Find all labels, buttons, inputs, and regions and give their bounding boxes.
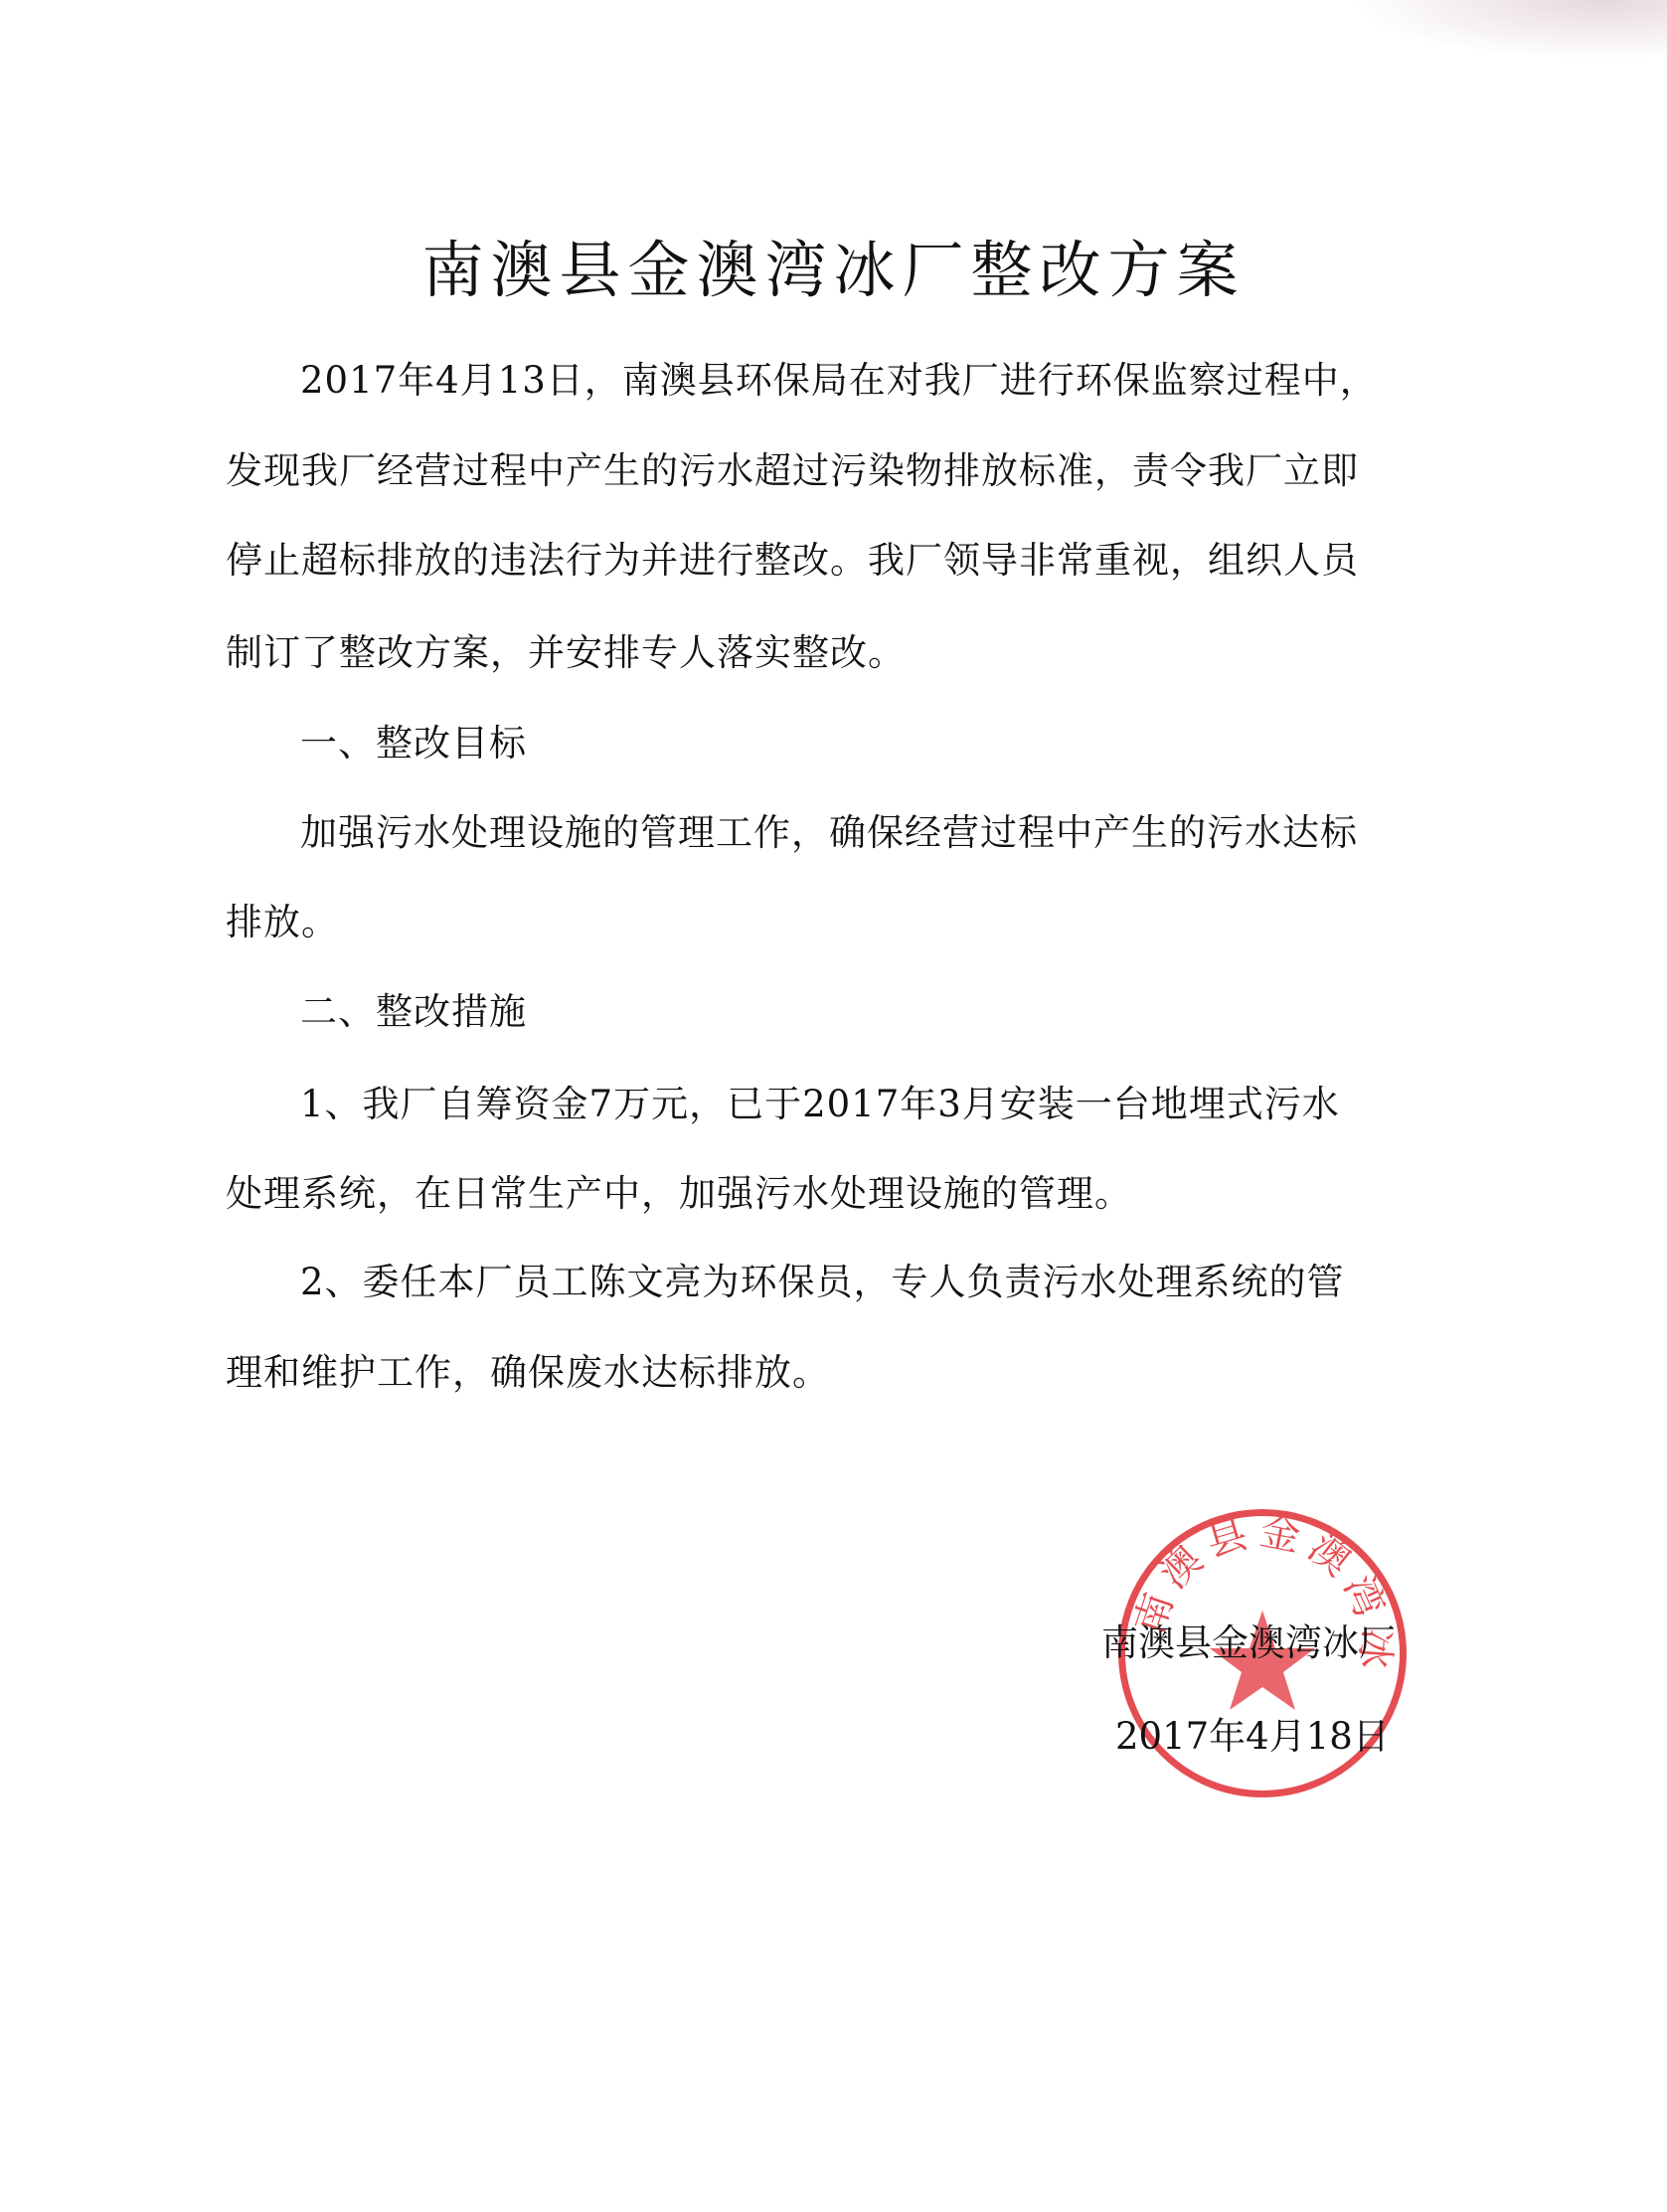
paragraph-line: 制订了整改方案，并安排专人落实整改。 [226, 622, 1428, 676]
paragraph-line: 加强污水处理设施的管理工作，确保经营过程中产生的污水达标 [300, 802, 1503, 856]
scan-smudge [1349, 0, 1667, 60]
document-title: 南澳县金澳湾冰厂整改方案 [0, 221, 1667, 309]
paragraph-line: 发现我厂经营过程中产生的污水超过污染物排放标准，责令我厂立即 [226, 440, 1428, 494]
paragraph-line: 处理系统，在日常生产中，加强污水处理设施的管理。 [226, 1163, 1428, 1217]
section-heading-goal: 一、整改目标 [300, 713, 1503, 766]
section-heading-measures: 二、整改措施 [300, 981, 1503, 1035]
paragraph-line: 排放。 [226, 892, 1428, 945]
paragraph-line: 2017年4月13日，南澳县环保局在对我厂进行环保监察过程中， [300, 350, 1503, 404]
paragraph-line: 停止超标排放的违法行为并进行整改。我厂领导非常重视，组织人员 [226, 530, 1428, 584]
signature-organization: 南澳县金澳湾冰厂 [1101, 1613, 1396, 1666]
paragraph-line: 1、我厂自筹资金7万元，已于2017年3月安装一台地埋式污水 [300, 1074, 1503, 1127]
signature-date: 2017年4月18日 [1115, 1706, 1390, 1760]
paragraph-line: 理和维护工作，确保废水达标排放。 [226, 1342, 1428, 1396]
paragraph-line: 2、委任本厂员工陈文亮为环保员，专人负责污水处理系统的管 [300, 1252, 1503, 1305]
